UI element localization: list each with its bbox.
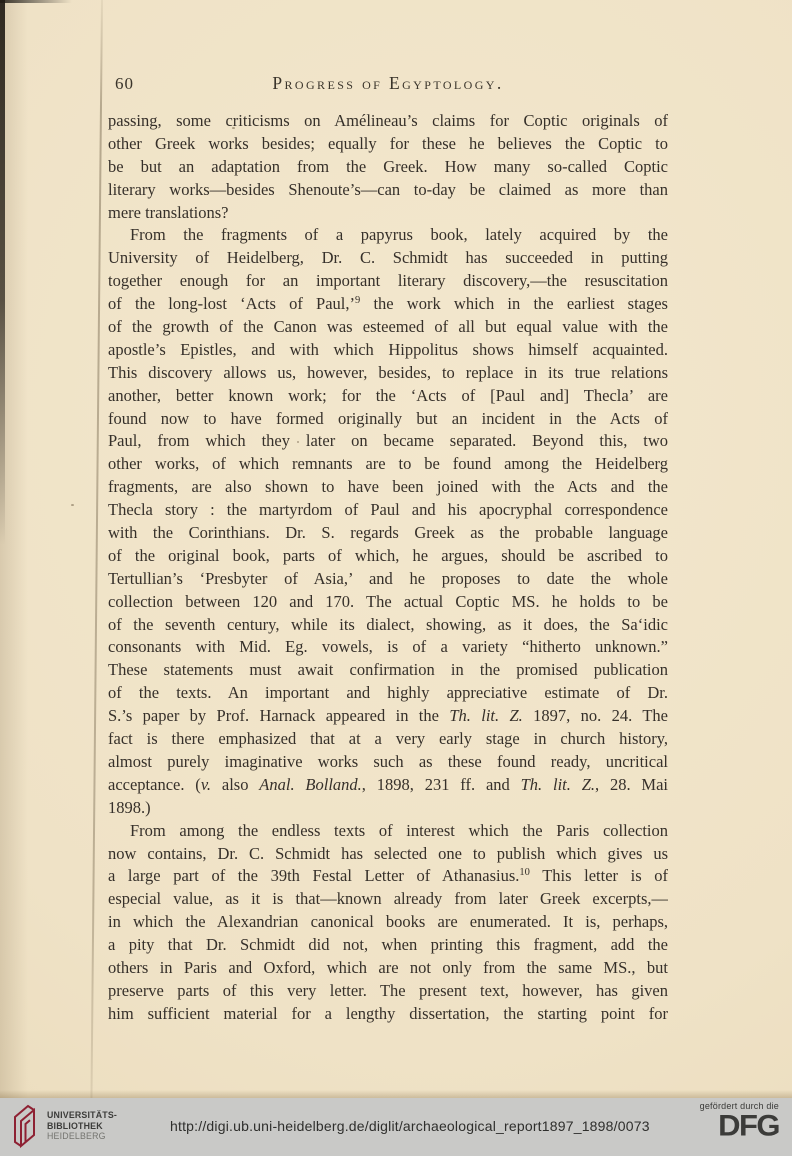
text-line: literary works—besides Shenoute’s—can to…	[108, 179, 668, 202]
text-line: apostle’s Epistles, and with which Hippo…	[108, 339, 668, 362]
text-line: University of Heidelberg, Dr. C. Schmidt…	[108, 247, 668, 270]
scanned-page: 60 Progress of Egyptology. passing, some…	[0, 0, 792, 1098]
library-name-line1: UNIVERSITÄTS-	[47, 1110, 117, 1121]
page-header: 60 Progress of Egyptology.	[108, 73, 668, 97]
text-line: This discovery allows us, however, besid…	[108, 362, 668, 385]
text-line: now contains, Dr. C. Schmidt has selecte…	[108, 843, 668, 866]
text-line: almost purely imaginative works such as …	[108, 751, 668, 774]
text-line: acceptance. (v. also Anal. Bolland., 189…	[108, 774, 668, 797]
text-line: passing, some criticisms on Amélineau’s …	[108, 110, 668, 133]
scan-left-margin-shading	[0, 0, 28, 1098]
text-line: 1898.)	[108, 797, 668, 820]
text-line: with the Corinthians. Dr. S. regards Gre…	[108, 522, 668, 545]
text-line: of the growth of the Canon was esteemed …	[108, 316, 668, 339]
library-name-line2: BIBLIOTHEK	[47, 1121, 117, 1132]
text-line: of the long-lost ‘Acts of Paul,’9 the wo…	[108, 293, 668, 316]
text-line: a pity that Dr. Schmidt did not, when pr…	[108, 934, 668, 957]
text-line: in which the Alexandrian canonical books…	[108, 911, 668, 934]
text-line: From the fragments of a papyrus book, la…	[108, 224, 668, 247]
text-line: Paul, from which they later on became se…	[108, 430, 668, 453]
page-fold-line	[90, 0, 103, 1098]
text-line: S.’s paper by Prof. Harnack appeared in …	[108, 705, 668, 728]
text-line: of the original book, parts of which, he…	[108, 545, 668, 568]
dfg-logo: DFG	[700, 1111, 779, 1140]
library-name: UNIVERSITÄTS- BIBLIOTHEK HEIDELBERG	[47, 1110, 117, 1142]
source-url-link[interactable]: http://digi.ub.uni-heidelberg.de/diglit/…	[170, 1118, 650, 1134]
text-line: especial value, as it is that—known alre…	[108, 888, 668, 911]
text-line: other Greek works besides; equally for t…	[108, 133, 668, 156]
text-line: other works, of which remnants are to be…	[108, 453, 668, 476]
text-line: a large part of the 39th Festal Letter o…	[108, 865, 668, 888]
text-line: found now to have formed originally but …	[108, 408, 668, 431]
page-text: passing, some criticisms on Amélineau’s …	[108, 110, 668, 1026]
text-line: mere translations?	[108, 202, 668, 225]
text-line: of the seventh century, while its dialec…	[108, 614, 668, 637]
text-line: Tertullian’s ‘Presbyter of Asia,’ and he…	[108, 568, 668, 591]
text-line: consonants with Mid. Eg. vowels, is of a…	[108, 636, 668, 659]
text-line: Thecla story : the martyrdom of Paul and…	[108, 499, 668, 522]
text-line: of the texts. An important and highly ap…	[108, 682, 668, 705]
heidelberg-library-logo-icon	[11, 1102, 43, 1155]
text-line: others in Paris and Oxford, which are no…	[108, 957, 668, 980]
dfg-funding-block: gefördert durch die DFG	[700, 1101, 779, 1141]
text-line: be but an adaptation from the Greek. How…	[108, 156, 668, 179]
text-line: together enough for an important literar…	[108, 270, 668, 293]
text-line: From among the endless texts of interest…	[108, 820, 668, 843]
paper-speck	[71, 504, 74, 506]
text-line: These statements must await confirmation…	[108, 659, 668, 682]
text-line: preserve parts of this very letter. The …	[108, 980, 668, 1003]
library-name-line3: HEIDELBERG	[47, 1131, 117, 1142]
text-line: collection between 120 and 170. The actu…	[108, 591, 668, 614]
running-title: Progress of Egyptology.	[108, 73, 668, 94]
text-line: fact is there emphasized that at a very …	[108, 728, 668, 751]
text-line: him sufficient material for a lengthy di…	[108, 1003, 668, 1026]
page-number: 60	[115, 74, 134, 94]
text-line: another, better known work; for the ‘Act…	[108, 385, 668, 408]
text-line: fragments, are also shown to have been j…	[108, 476, 668, 499]
